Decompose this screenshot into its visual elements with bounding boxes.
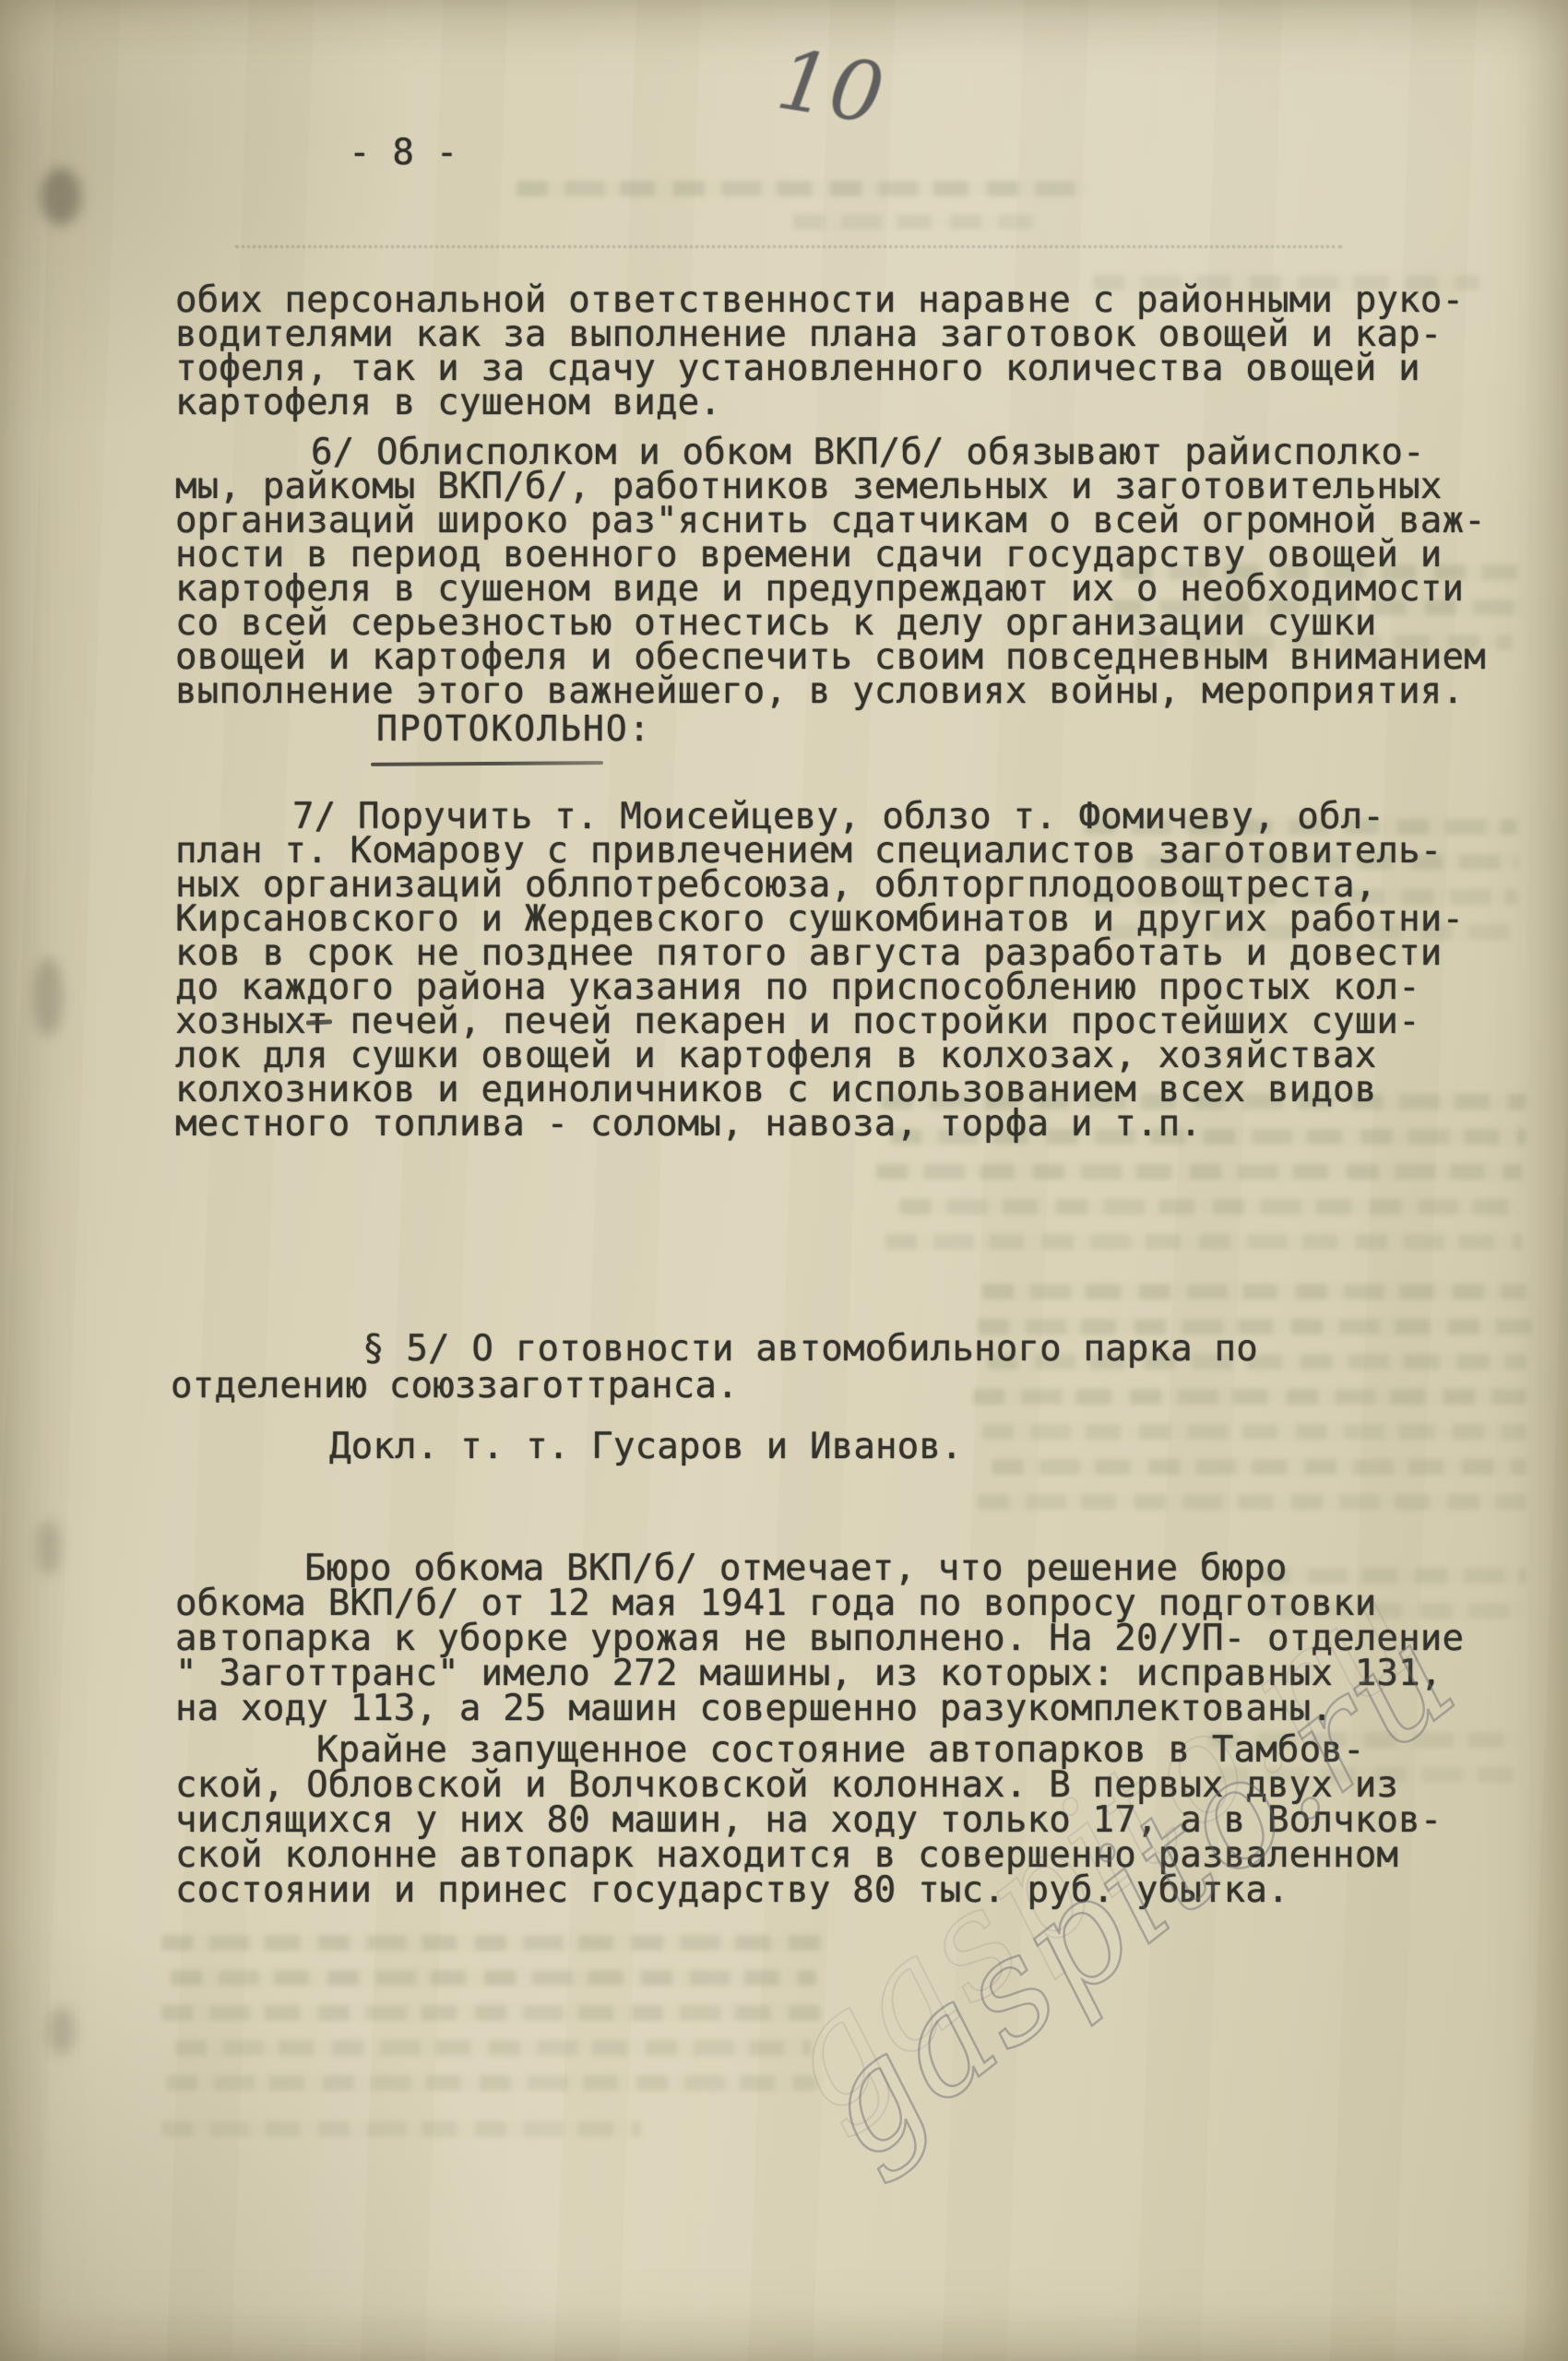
text-line: картофеля в сушеном виде и предупреждают… xyxy=(175,572,1486,606)
stain xyxy=(41,168,81,225)
speaker-line: Докл. т. т. Гусаров и Иванов. xyxy=(329,1430,963,1464)
text-line: мы, райкомы ВКП/б/, работников земельных… xyxy=(175,469,1486,504)
text-line: водителями как за выполнение плана загот… xyxy=(175,317,1464,351)
bleedthrough-row xyxy=(876,1164,1522,1180)
bleedthrough-row xyxy=(982,1284,1526,1299)
bleedthrough-row xyxy=(973,1389,1526,1405)
protocol-heading: ПРОТОКОЛЬНО: xyxy=(376,712,652,746)
section-5-heading-line-1: § 5/ О готовности автомобильного парка п… xyxy=(362,1332,1258,1366)
text-line: автопарка к уборке урожая не выполнено. … xyxy=(175,1621,1464,1656)
bleedthrough-row xyxy=(175,2040,812,2056)
text-line: обкома ВКП/б/ от 12 мая 1941 года по воп… xyxy=(175,1586,1464,1621)
text-line: выполнение этого важнейшего, в условиях … xyxy=(175,674,1486,708)
section-5-heading-line-2: отделению союззаготтранса. xyxy=(171,1369,739,1403)
text-line: план т. Комарову с привлечением специали… xyxy=(175,834,1464,868)
bleedthrough-row xyxy=(161,2005,821,2021)
bleedthrough-row xyxy=(982,1424,1526,1440)
bleedthrough-row xyxy=(885,1234,1522,1250)
bleedthrough-row xyxy=(161,2121,641,2137)
text-line: организаций широко раз"яснить сдатчикам … xyxy=(175,504,1486,538)
text-line: числящихся у них 80 машин, на ходу тольк… xyxy=(175,1803,1442,1838)
text-line: " Заготтранс" имело 272 машины, из котор… xyxy=(175,1656,1464,1691)
text-line: на ходу 113, а 25 машин совершенно разук… xyxy=(175,1691,1464,1726)
text-line: лок для сушки овощей и картофеля в колхо… xyxy=(175,1038,1464,1073)
scanned-document-page: { "page": { "number_label": "- 8 -", "ha… xyxy=(0,0,1568,2361)
text-line: местного топлива - соломы, навоза, торфа… xyxy=(175,1107,1464,1141)
text-line: до каждого района указания по приспособл… xyxy=(175,970,1464,1004)
bleedthrough-row xyxy=(899,1199,1517,1215)
bleedthrough-row xyxy=(166,2075,816,2091)
text-line: хозныхт печей, печей пекарен и постройки… xyxy=(175,1004,1464,1038)
paragraph-6: Крайне запущенное состояние автопарков в… xyxy=(175,1733,1442,1908)
text-line: ков в срок не позднее пятого августа раз… xyxy=(175,936,1464,970)
text-line: Кирсановского и Жердевского сушкомбинато… xyxy=(175,902,1464,936)
stain xyxy=(48,2007,76,2055)
faint-dotted-line xyxy=(235,245,1342,248)
text-line: ской, Обловской и Волчковской колоннах. … xyxy=(175,1768,1442,1803)
bleedthrough-row xyxy=(161,1935,826,1951)
text-line: колхозников и единоличников с использова… xyxy=(175,1073,1464,1107)
text-line: обих персональной ответственности наравн… xyxy=(175,283,1464,317)
text-line: состоянии и принес государству 80 тыс. р… xyxy=(175,1873,1442,1908)
text-line: тофеля, так и за сдачу установленного ко… xyxy=(175,351,1464,386)
text-line: ской колонне автопарк находится в соверш… xyxy=(175,1838,1442,1873)
paragraph-3-item-7: 7/ Поручить т. Моисейцеву, облзо т. Фоми… xyxy=(175,800,1464,1141)
bleedthrough-row xyxy=(992,1459,1526,1475)
text-line: 6/ Облисполком и обком ВКП/б/ обязывают … xyxy=(175,435,1486,469)
bleedthrough-row xyxy=(978,1494,1526,1510)
text-line: картофеля в сушеном виде. xyxy=(175,386,1464,420)
text-line: Бюро обкома ВКП/б/ отмечает, что решение… xyxy=(175,1551,1464,1586)
text-line: овощей и картофеля и обеспечить своим по… xyxy=(175,640,1486,674)
stain xyxy=(37,1520,61,1575)
protocol-heading-underline xyxy=(371,761,603,766)
paragraph-1: обих персональной ответственности наравн… xyxy=(175,283,1464,420)
text-line: со всей серьезностью отнестись к делу ор… xyxy=(175,606,1486,640)
paragraph-2-item-6: 6/ Облисполком и обком ВКП/б/ обязывают … xyxy=(175,435,1486,708)
stain xyxy=(33,957,63,1037)
text-line: ности в период военного времени сдачи го… xyxy=(175,538,1486,572)
text-line: 7/ Поручить т. Моисейцеву, облзо т. Фоми… xyxy=(175,800,1464,834)
bleedthrough-row xyxy=(793,214,1033,230)
paragraph-5: Бюро обкома ВКП/б/ отмечает, что решение… xyxy=(175,1551,1464,1726)
bleedthrough-row xyxy=(517,181,1088,196)
page-number: - 8 - xyxy=(349,136,457,170)
bleedthrough-row xyxy=(171,1970,816,1986)
text-line: Крайне запущенное состояние автопарков в… xyxy=(175,1733,1442,1768)
handwritten-mark: 10 xyxy=(770,31,890,144)
text-line: ных организаций облпотребсоюза, облторгп… xyxy=(175,868,1464,902)
